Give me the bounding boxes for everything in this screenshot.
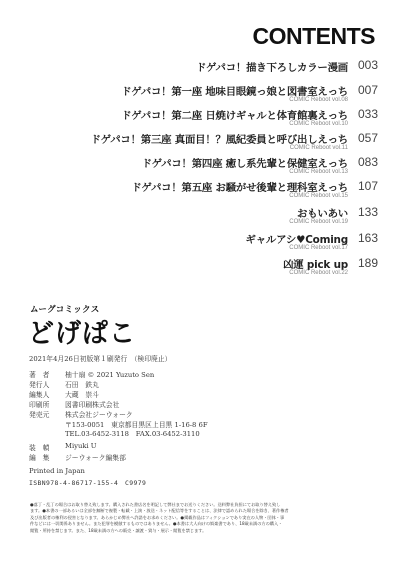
toc-entry-title: 凶運 pick up xyxy=(283,256,348,271)
toc-entry-page: 107 xyxy=(358,179,388,193)
disclaimer-line: ます。●本書の一部あるいは全部を無断で複製・転載・上演・放送・ネット配信等をする… xyxy=(30,508,330,514)
credit-value: 図書印刷株式会社 xyxy=(65,399,119,409)
credit-value: 大蔵 崇斗 xyxy=(65,389,99,399)
toc-entry-page: 189 xyxy=(358,256,388,270)
credit-value: 柚十扇 © 2021 Yuzuto Sen xyxy=(65,369,154,379)
edition-line: 2021年4月26日初版第１刷発行 （検印廃止） xyxy=(29,353,171,363)
toc-entry-title: ドゲパコ！第三座 真面目！？風紀委員と呼び出しえっち xyxy=(91,131,348,146)
toc-entry-source: COMIC Reboot vol.19 xyxy=(289,219,348,225)
book-title: どげぱこ xyxy=(28,313,136,350)
toc-entry-title: ドゲパコ！第五座 お騒がせ後輩と理科室えっち xyxy=(131,179,348,194)
toc-entry-source: COMIC Reboot vol.10 xyxy=(289,121,348,127)
toc-entry-title: ギャルアシ♥Coming xyxy=(246,231,348,246)
credit-key: 装 幀 xyxy=(29,442,69,452)
credit-value: ジーウォーク編集部 xyxy=(65,452,126,462)
credit-value: Miyuki U xyxy=(65,442,97,450)
credit-key: 編 集 xyxy=(29,452,69,462)
credit-key: 発売元 xyxy=(29,409,69,419)
toc-entry-source: COMIC Reboot vol.15 xyxy=(289,193,348,199)
credit-value: 株式会社ジーウォーク xyxy=(65,409,133,419)
printed-in: Printed in Japan xyxy=(29,467,85,475)
toc-entry-title: ドゲパコ！第一座 地味目眼鏡っ娘と図書室えっち xyxy=(121,83,348,98)
toc-entry-page: 003 xyxy=(358,58,388,72)
toc-entry-source: COMIC Reboot vol.13 xyxy=(289,169,348,175)
toc-entry-title: ドゲパコ！第四座 癒し系先輩と保健室えっち xyxy=(142,155,348,170)
credit-key: 発行人 xyxy=(29,379,69,389)
toc-entry-title: ドゲパコ！第二座 日焼けギャルと体育館裏えっち xyxy=(121,107,348,122)
toc-entry-source: COMIC Reboot vol.17 xyxy=(289,245,348,251)
toc-entry-page: 007 xyxy=(358,83,388,97)
toc-entry-title: おもいあい xyxy=(297,205,348,220)
credit-key: 印刷所 xyxy=(29,399,69,409)
toc-entry-source: COMIC Reboot vol.22 xyxy=(289,270,348,276)
toc-entry-page: 033 xyxy=(358,107,388,121)
toc-entry-source: COMIC Reboot vol.08 xyxy=(289,97,348,103)
toc-entry-page: 133 xyxy=(358,205,388,219)
credit-value: 石田 鉄丸 xyxy=(65,379,99,389)
toc-entry-page: 163 xyxy=(358,231,388,245)
isbn: ISBN978-4-86717-155-4 C9979 xyxy=(29,478,146,487)
toc-entry-title: ドゲパコ！描き下ろしカラー漫画 xyxy=(196,59,348,74)
credit-key: 編集人 xyxy=(29,389,69,399)
contents-heading: CONTENTS xyxy=(253,23,376,50)
phone-fax-line: TEL.03-6452-3118 FAX.03-6452-3110 xyxy=(65,428,200,438)
credit-key: 著 者 xyxy=(29,369,69,379)
toc-entry-page: 083 xyxy=(358,155,388,169)
disclaimer-line: 閲覧・所持を禁じます。また、18歳未満の方への販売・譲渡・貸与・展示・閲覧を禁じ… xyxy=(30,528,330,534)
legal-disclaimer: ●落丁・乱丁の場合はお取り替え致します。購入された書店名を明記して弊社までお送り… xyxy=(30,502,330,534)
toc-entry-page: 057 xyxy=(358,131,388,145)
toc-entry-source: COMIC Reboot vol.11 xyxy=(290,145,348,151)
